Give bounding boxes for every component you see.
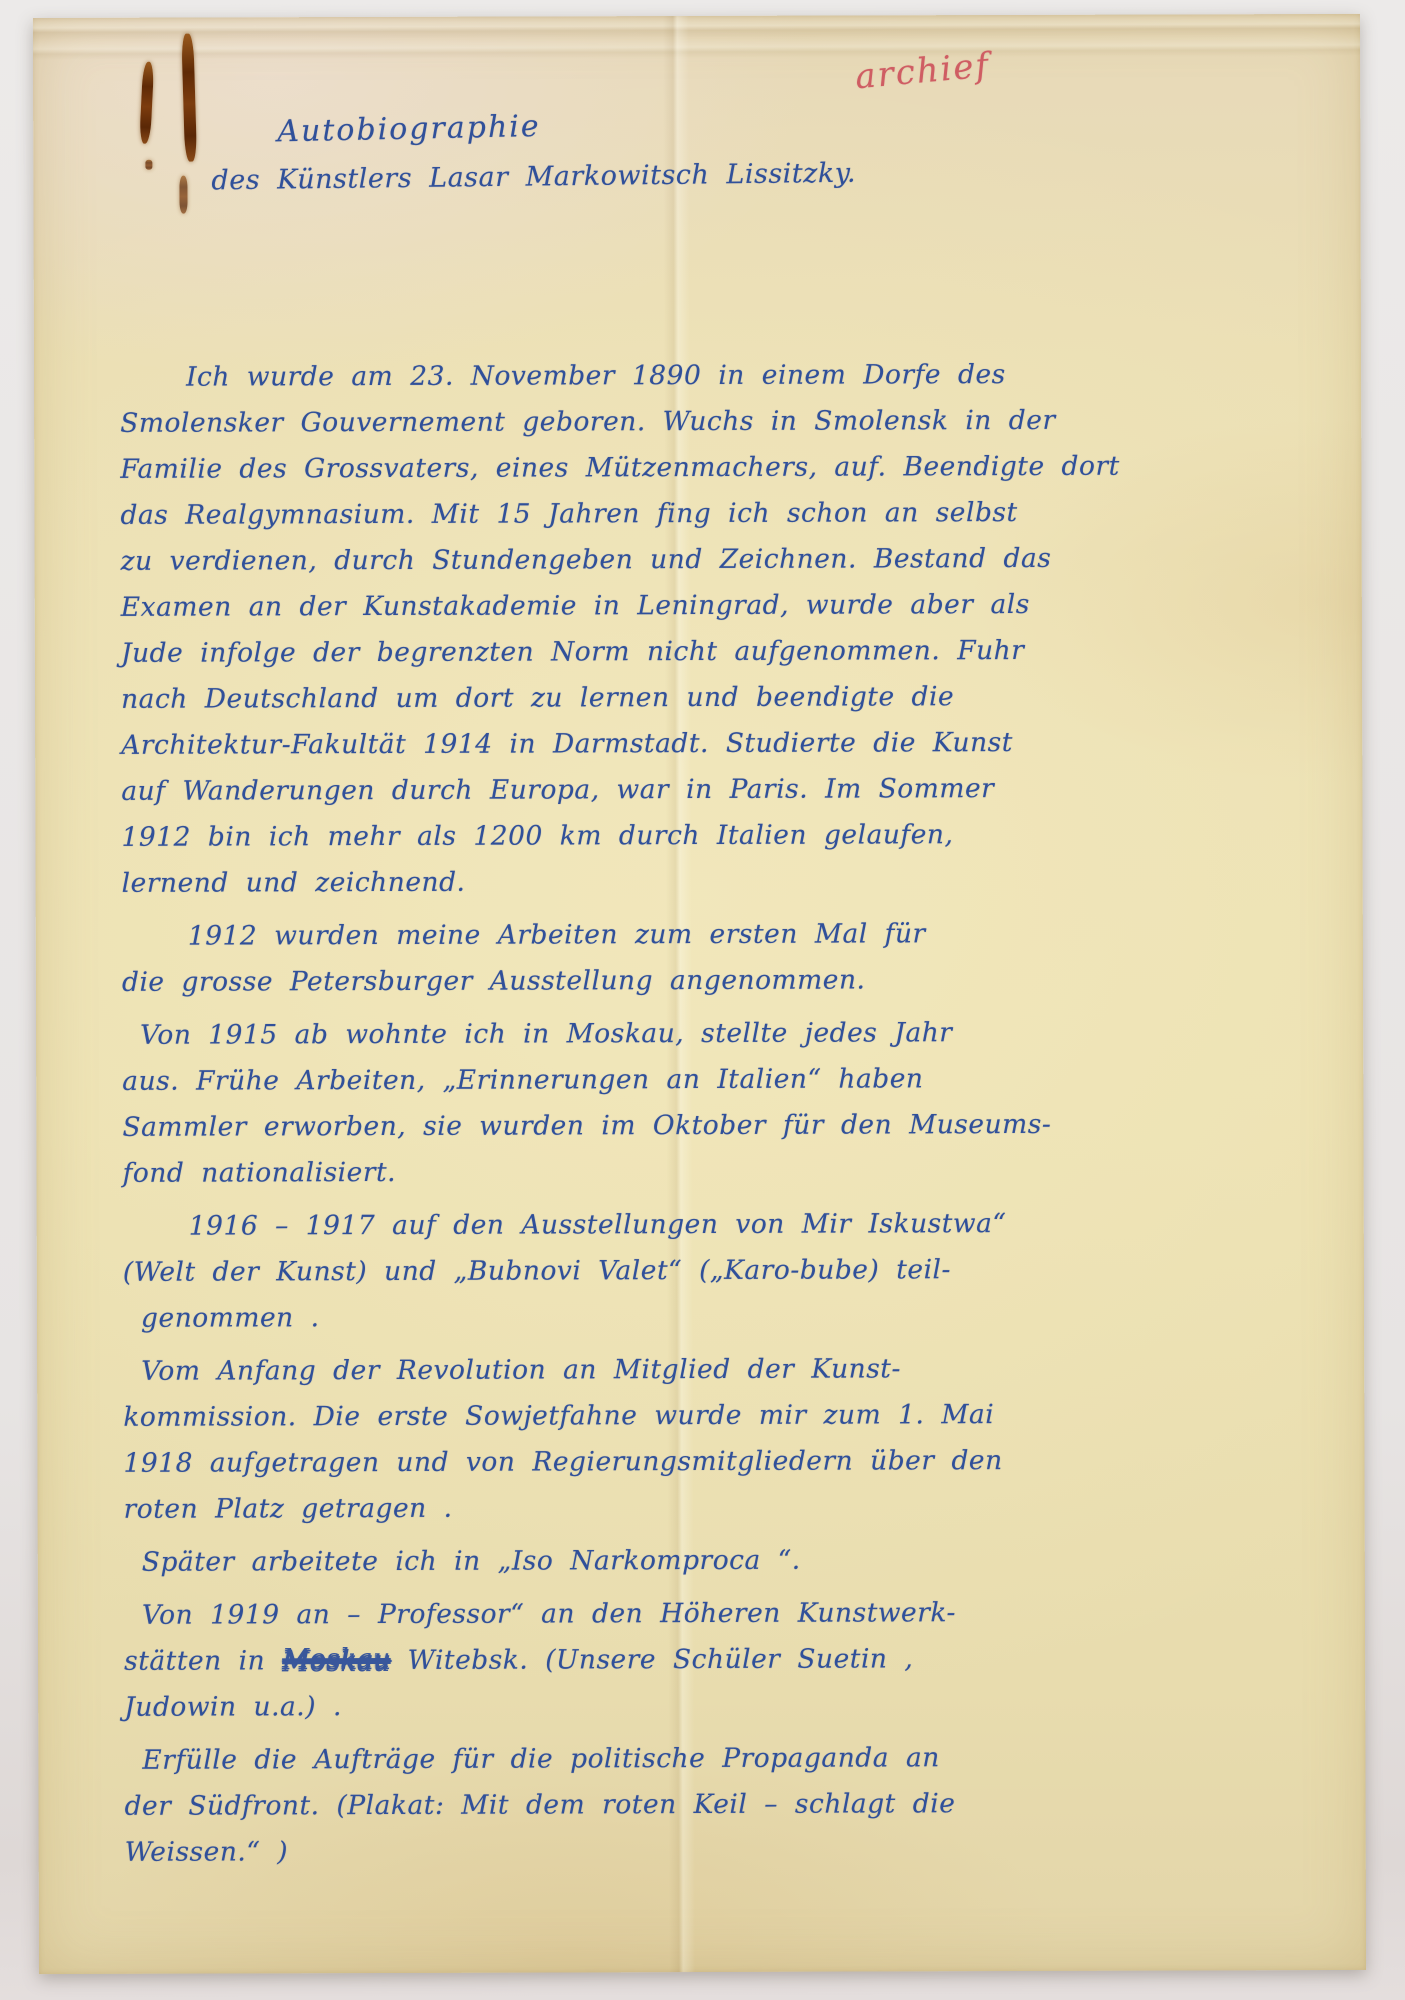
handwritten-text: Sammler erworben, sie wurden im Oktober … [122, 1109, 1051, 1143]
handwritten-line: Familie des Grossvaters, eines Mützenmac… [120, 444, 1150, 493]
photograph-of-document: { "colors": { "ink_blue": "#30509a", "no… [0, 0, 1405, 2000]
handwritten-line: fond nationalisiert. [122, 1148, 1152, 1197]
handwritten-text: 1916 – 1917 auf den Ausstellungen von Mi… [189, 1208, 1007, 1242]
handwritten-text: nach Deutschland um dort zu lernen und b… [121, 681, 954, 715]
handwritten-text: stätten in [124, 1645, 282, 1676]
handwritten-line: aus. Frühe Arbeiten, „Erinnerungen an It… [122, 1056, 1152, 1105]
handwritten-text: roten Platz getragen . [124, 1493, 453, 1525]
handwritten-text: 1918 aufgetragen und von Regierungsmitgl… [123, 1445, 1002, 1479]
handwritten-text: Familie des Grossvaters, eines Mützenmac… [120, 451, 1120, 485]
handwritten-text: Höheren [660, 1598, 781, 1629]
horizontal-fold-crease [33, 36, 1360, 60]
handwritten-text: Examen an der Kunstakademie in Leningrad… [121, 589, 1030, 623]
handwritten-text: Kunstwerk- [781, 1597, 956, 1629]
handwritten-text: fond nationalisiert. [123, 1157, 397, 1189]
handwritten-line: 1916 – 1917 auf den Ausstellungen von Mi… [123, 1201, 1153, 1250]
handwritten-line: Jude infolge der begrenzten Norm nicht a… [121, 628, 1151, 677]
handwritten-line: Später arbeitete ich in „Iso Narkomproca… [124, 1537, 1154, 1586]
handwritten-line: Architektur-Fakultät 1914 in Darmstadt. … [121, 720, 1151, 769]
handwritten-line: genommen . [123, 1293, 1153, 1342]
handwritten-line: Von 1919 an – Professor“ an den Höheren … [124, 1590, 1154, 1639]
handwritten-text: Weissen.“ ) [125, 1836, 289, 1868]
handwritten-line: zu verdienen, durch Stundengeben und Zei… [121, 536, 1151, 585]
document-title: Autobiographie [277, 102, 856, 149]
handwritten-text: Architektur-Fakultät 1914 in Darmstadt. … [121, 727, 1013, 761]
handwritten-text: Ich wurde am 23. November 1890 in einem … [186, 359, 1006, 393]
handwritten-line: auf Wanderungen durch Europa, war in Par… [121, 766, 1151, 815]
handwritten-text: (Welt der Kunst) und „Bubnovi Valet“ („K… [123, 1254, 951, 1288]
rust-stain [145, 160, 152, 170]
handwritten-text: lernend und zeichnend. [122, 867, 466, 899]
handwritten-text: Von 1915 ab wohnte ich in Moskau, stellt… [140, 1017, 952, 1051]
handwritten-line: roten Platz getragen . [124, 1484, 1154, 1533]
handwritten-text: das Realgymnasium. Mit 15 Jahren fing ic… [120, 497, 1017, 531]
handwritten-text: Jude infolge der begrenzten Norm nicht a… [121, 635, 1025, 669]
rust-stain [139, 62, 154, 144]
handwritten-text: Judowin u.a.) . [124, 1691, 342, 1723]
handwritten-text: Später arbeitete ich in „Iso Narkomproca… [142, 1545, 801, 1578]
handwritten-text: 1912 bin ich mehr als 1200 km durch Ital… [121, 819, 953, 853]
handwritten-line: Weissen.“ ) [125, 1827, 1155, 1876]
handwritten-text: auf Wanderungen durch Europa, war in Par… [121, 773, 994, 807]
document-subtitle: des Künstlers Lasar Markowitsch Lissitzk… [211, 158, 856, 197]
handwritten-line: Vom Anfang der Revolution an Mitglied de… [123, 1346, 1153, 1395]
handwritten-line: 1912 bin ich mehr als 1200 km durch Ital… [121, 812, 1151, 861]
handwritten-line: Judowin u.a.) . [124, 1682, 1154, 1731]
handwritten-line: die grosse Petersburger Ausstellung ange… [122, 957, 1152, 1006]
handwritten-text: 1912 wurden meine Arbeiten zum ersten Ma… [188, 918, 926, 951]
rust-stain [179, 176, 187, 214]
handwritten-text: die grosse Petersburger Ausstellung ange… [122, 964, 866, 997]
handwritten-text: zu verdienen, durch Stundengeben und Zei… [121, 543, 1052, 577]
handwritten-text: Smolensker Gouvernement geboren. Wuchs i… [120, 405, 1055, 439]
handwritten-text: kommission. Die erste Sowjetfahne wurde … [123, 1399, 994, 1433]
handwritten-text: Erfülle die Aufträge für die politische … [142, 1742, 939, 1776]
crossed-out-word: Moskau [282, 1645, 391, 1676]
handwritten-line: stätten in Moskau Witebsk. (Unsere Schül… [124, 1636, 1154, 1685]
title-block: Autobiographie des Künstlers Lasar Marko… [277, 108, 856, 194]
handwritten-line: Examen an der Kunstakademie in Leningrad… [121, 582, 1151, 631]
handwritten-line: 1912 wurden meine Arbeiten zum ersten Ma… [122, 911, 1152, 960]
handwritten-line: der Südfront. (Plakat: Mit dem roten Kei… [124, 1781, 1154, 1830]
manuscript-paper-sheet: archief Autobiographie des Künstlers Las… [33, 14, 1366, 1974]
handwritten-line: Erfülle die Aufträge für die politische … [124, 1735, 1154, 1784]
handwritten-line: nach Deutschland um dort zu lernen und b… [121, 674, 1151, 723]
handwritten-line: 1918 aufgetragen und von Regierungsmitgl… [123, 1438, 1153, 1487]
handwritten-line: Von 1915 ab wohnte ich in Moskau, stellt… [122, 1010, 1152, 1059]
handwritten-line: Ich wurde am 23. November 1890 in einem … [120, 352, 1150, 401]
handwritten-line: kommission. Die erste Sowjetfahne wurde … [123, 1392, 1153, 1441]
handwriting-body: Ich wurde am 23. November 1890 in einem … [120, 345, 1155, 1876]
handwritten-line: (Welt der Kunst) und „Bubnovi Valet“ („K… [123, 1247, 1153, 1296]
handwritten-text: der Südfront. (Plakat: Mit dem roten Kei… [125, 1788, 956, 1822]
handwritten-text: Von 1919 an – Professor“ an den [142, 1598, 660, 1631]
handwritten-line: Smolensker Gouvernement geboren. Wuchs i… [120, 398, 1150, 447]
handwritten-text: aus. Frühe Arbeiten, „Erinnerungen an It… [122, 1063, 923, 1097]
handwritten-line: lernend und zeichnend. [122, 858, 1152, 907]
handwritten-line: das Realgymnasium. Mit 15 Jahren fing ic… [120, 490, 1150, 539]
handwritten-text: genommen . [141, 1302, 320, 1334]
handwritten-text: Vom Anfang der Revolution an Mitglied de… [141, 1353, 901, 1386]
handwritten-text: Witebsk. (Unsere Schüler Suetin , [391, 1643, 914, 1676]
handwritten-line: Sammler erworben, sie wurden im Oktober … [122, 1102, 1152, 1151]
